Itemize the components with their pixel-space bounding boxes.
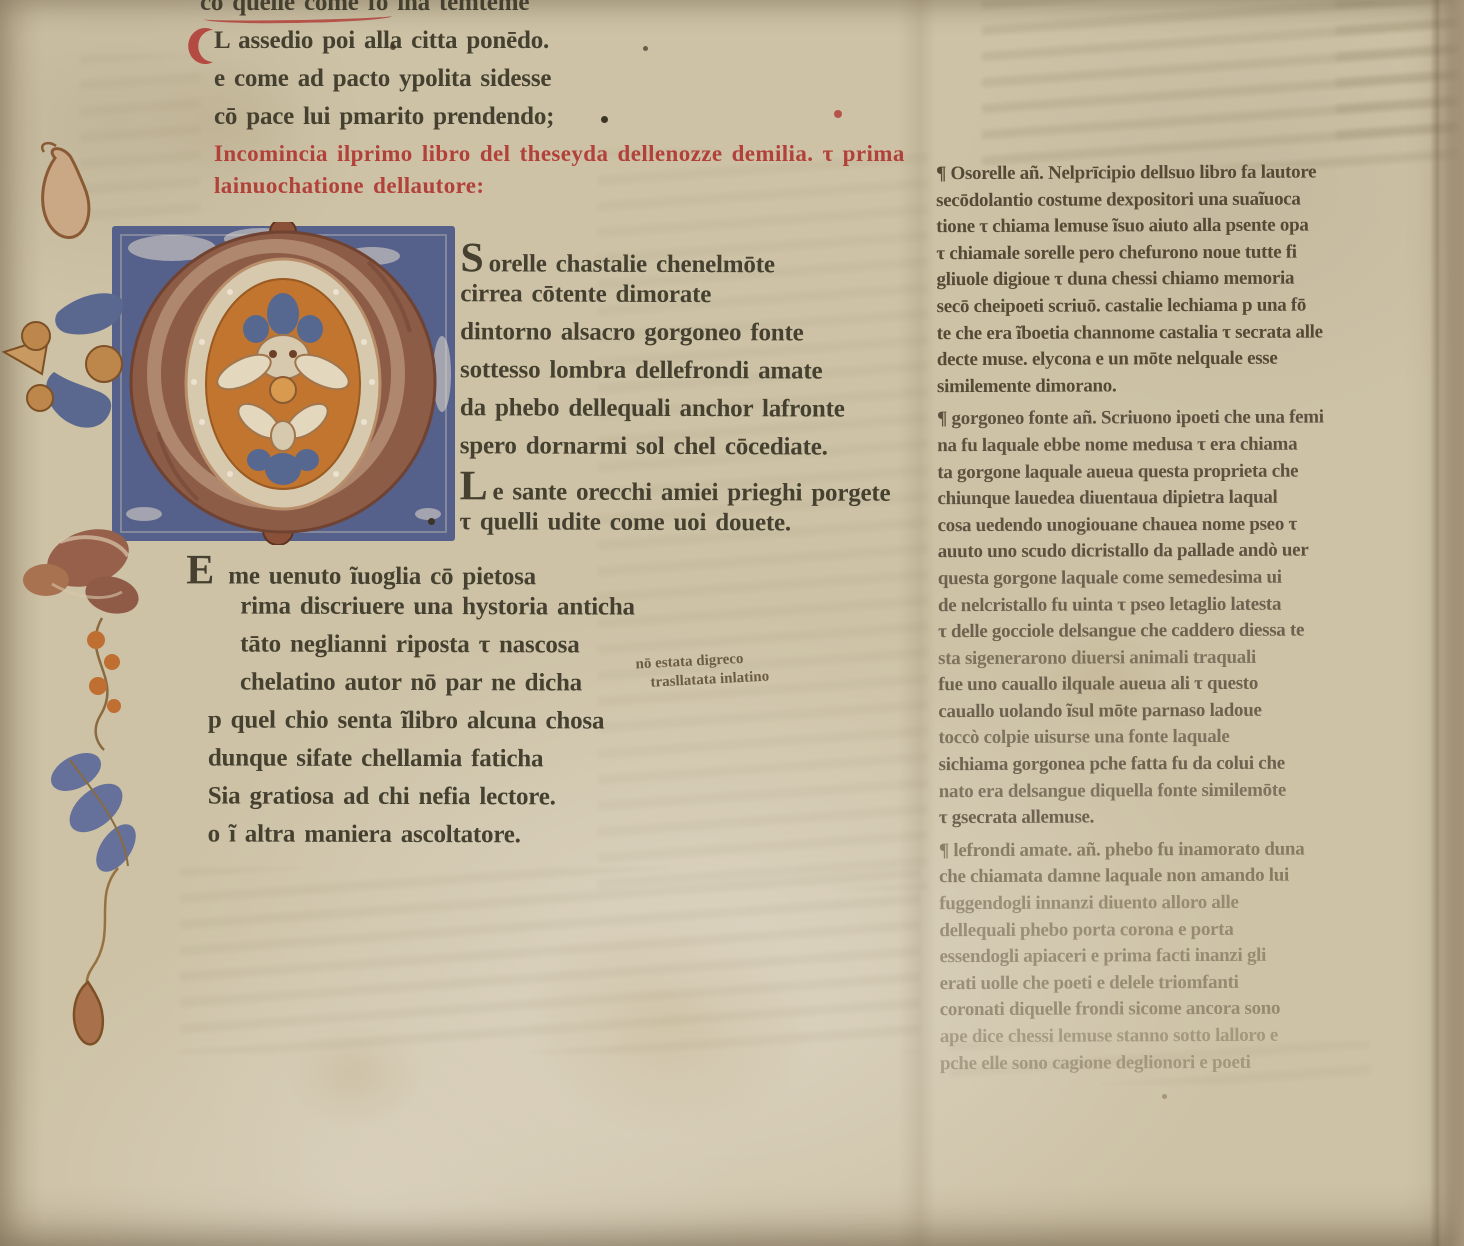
verse-line: rima discriuere una hystoria anticha: [186, 587, 635, 626]
gloss-line: nato era delsangue diquella fonte simile…: [939, 776, 1464, 805]
gloss-line: erati uolle che poeti e delele triomfant…: [940, 969, 1464, 998]
verse-line: dintorno alsacro gorgoneo fonte: [460, 313, 891, 353]
ink-speck: [601, 116, 608, 123]
ink-speck: [428, 518, 435, 525]
gloss-line: τ chiamale sorelle pero chefurono noue t…: [936, 239, 1464, 268]
gloss-line: toccò colpie uisurse una fonte laquale: [938, 723, 1464, 752]
gloss-line: tione τ chiama lemuse ĩsuo aiuto alla ps…: [936, 212, 1464, 241]
gloss-line: coronati diquelle frondi sicome ancora s…: [940, 995, 1464, 1024]
gloss-line: pche elle sono cagione deglionori e poet…: [940, 1048, 1464, 1077]
margin-note: nō estata digreco trasllatata inlatino: [635, 649, 770, 694]
verse-line: Sia gratiosa ad chi nefia lectore.: [186, 777, 635, 816]
gloss-column: ¶ Osorelle añ. Nelprīcipio dellsuo libro…: [936, 159, 1464, 1084]
verse-line: tāto neglianni riposta τ nascosa: [186, 625, 635, 664]
gloss-line: chiunque lauedea diuentaua dipietra laqu…: [937, 484, 1464, 513]
tail-flourish: [74, 868, 118, 1044]
gloss-line: sichiama gorgonea pche fatta fu da colui…: [939, 750, 1464, 779]
gloss-line: de nelcristallo fu uinta τ pseo letaglio…: [938, 590, 1464, 619]
verse-line: p quel chio senta ĩlibro alcuna chosa: [186, 701, 635, 740]
gloss-line: gliuole digioue τ duna chessi chiamo mem…: [936, 265, 1464, 294]
red-paraph-icon: [183, 26, 215, 66]
brown-flower-ornament: [23, 519, 143, 619]
gloss-line: che chiamata damne laquale non amando lu…: [939, 862, 1464, 891]
gloss-paragraph-1: ¶ Osorelle añ. Nelprīcipio dellsuo libro…: [936, 159, 1464, 401]
rubric: Incomincia ilprimo libro del theseyda de…: [214, 138, 905, 202]
blue-leaf-vine-ornament: [45, 745, 144, 879]
dotted-vine-ornament: [87, 618, 121, 750]
gloss-line: similemente dimorano.: [937, 372, 1464, 401]
verse-line: E me uenuto ĩuoglia cō pietosa: [186, 549, 635, 588]
verse-line: sottesso lombra dellefrondi amate: [460, 351, 891, 391]
gloss-line: fuggendogli innanzi diuento alloro alle: [939, 889, 1464, 918]
verse-line: Le sante orecchi amiei prieghi porgete: [460, 465, 891, 505]
gloss-line: cosa uedendo unogiouane chauea nome pseo…: [938, 511, 1464, 540]
verse-line: τ quelli udite come uoi douete.: [459, 503, 890, 543]
gloss-line: te che era ĩboetia channome castalia τ s…: [937, 318, 1464, 347]
gloss-line: secōdolantio costume dexpositori una sua…: [936, 185, 1464, 214]
gloss-line: essendogli apiaceri e prima facti inanzi…: [939, 942, 1464, 971]
gloss-line: cauallo uolando ĩsul mōte parnaso ladoue: [938, 697, 1464, 726]
gloss-line: auuto uno scudo dicristallo da pallade a…: [938, 537, 1464, 566]
ink-speck: [643, 46, 648, 51]
gloss-line: dellequali phebo porta corona e porta: [939, 915, 1464, 944]
blue-leaf-gold-ball-ornament: [4, 293, 123, 427]
gloss-line: na fu laquale ebbe nome medusa τ era chi…: [937, 431, 1464, 460]
gloss-line: τ gsecrata allemuse.: [939, 803, 1464, 832]
verse-stanza-2: E me uenuto ĩuoglia cō pietosa rima disc…: [186, 549, 635, 854]
rubric-line: lainuochatione dellautore:: [214, 170, 905, 202]
gloss-paragraph-3: ¶ lefrondi amate. añ. phebo fu inamorato…: [939, 836, 1464, 1078]
verse-line: chelatino autor nō par ne dicha: [186, 663, 635, 702]
gloss-line: ¶ lefrondi amate. añ. phebo fu inamorato…: [939, 836, 1464, 865]
red-point-mark: [834, 110, 842, 118]
gloss-line: secō cheipoeti scriuō. castalie lechiama…: [937, 292, 1464, 321]
margin-flourish-ornaments: [0, 140, 165, 1090]
gloss-line: τ delle gocciole delsangue che caddero d…: [938, 617, 1464, 646]
gloss-line: ¶ gorgoneo fonte añ. Scriuono ipoeti che…: [937, 404, 1464, 433]
verse-line: Sorelle chastalie chenelmōte: [460, 237, 891, 277]
rubric-line: Incomincia ilprimo libro del theseyda de…: [214, 138, 905, 170]
gloss-line: ¶ Osorelle añ. Nelprīcipio dellsuo libro…: [936, 159, 1464, 188]
parchment-stain: [285, 1020, 425, 1130]
gloss-line: sta sigenerarono diuersi animali traqual…: [938, 644, 1464, 673]
parchment-stain: [520, 900, 820, 1140]
verse-line: spero dornarmi sol chel cōcediate.: [460, 427, 891, 467]
verse-stanza-1: Sorelle chastalie chenelmōte cirrea cōte…: [459, 237, 891, 543]
gloss-line: ape dice chessi lemuse stanno sotto lall…: [940, 1022, 1464, 1051]
ink-speck: [1162, 1094, 1167, 1099]
verse-line: dunque sifate chellamia faticha: [186, 739, 635, 778]
ink-speck: [390, 44, 396, 50]
gloss-paragraph-2: ¶ gorgoneo fonte añ. Scriuono ipoeti che…: [937, 404, 1464, 832]
manuscript-page: co quelle come fo ina temteme L assedio …: [0, 0, 1464, 1246]
verse-line: o ĩ altra maniera ascoltatore.: [186, 815, 635, 854]
gloss-line: questa gorgone laquale come semedesima u…: [938, 564, 1464, 593]
verse-line: L assedio poi alla citta ponēdo.: [186, 22, 554, 60]
teardrop-flourish: [42, 143, 89, 237]
verse-line: cō pace lui pmarito prendendo;: [186, 98, 554, 136]
gloss-line: decte muse. elycona e un mōte nelquale e…: [937, 345, 1464, 374]
verse-line: cirrea cōtente dimorate: [460, 275, 891, 315]
verse-line: e come ad pacto ypolita sidesse: [186, 60, 554, 98]
gloss-line: fue uno cauallo ilquale aueua ali τ ques…: [938, 670, 1464, 699]
gloss-line: ta gorgone laquale aueua questa propriet…: [937, 457, 1464, 486]
verse-line: da phebo dellequali anchor lafronte: [460, 389, 891, 429]
